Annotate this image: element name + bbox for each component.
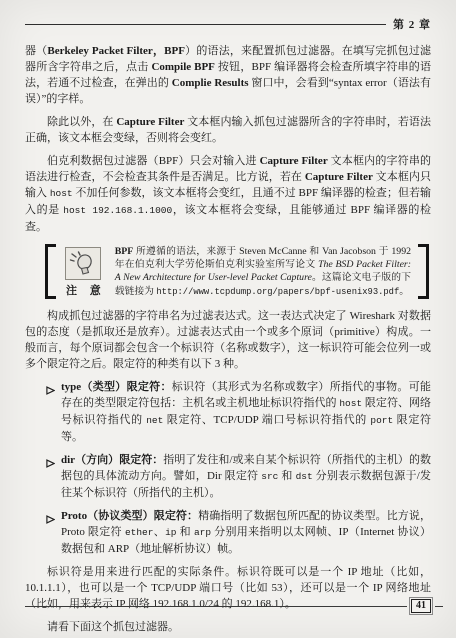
note-box: 注 意 BPF 所遵循的语法，来源于 Steven McCanne 和 Van … (45, 244, 429, 299)
note-text: BPF 所遵循的语法，来源于 Steven McCanne 和 Van Jaco… (115, 244, 418, 299)
page-header: 第 2 章 (25, 0, 431, 32)
bullet-item-type: type（类型）限定符：标识符（其形式为名称或数字）所指代的事物。可能存在的类型… (46, 379, 431, 445)
left-bracket (45, 244, 56, 299)
bullet-item-proto: Proto（协议类型）限定符：精确指明了数据包所匹配的协议类型。比方说，Prot… (46, 508, 431, 557)
bullet-text: dir（方向）限定符：指明了发往和/或来自某个标识符（所指代的主机）的数据包的具… (61, 452, 431, 501)
paragraph-6: 请看下面这个抓包过滤器。 (25, 619, 431, 635)
footer-rule-end (435, 606, 443, 607)
paragraph-4: 构成抓包过滤器的字符串名为过滤表达式。这一表达式决定了 Wireshark 对数… (25, 308, 431, 372)
note-label: 注 意 (61, 282, 106, 298)
bullet-text: Proto（协议类型）限定符：精确指明了数据包所匹配的协议类型。比方说，Prot… (61, 508, 431, 557)
book-page: 第 2 章 器（Berkeley Packet Filter，BPF）的语法，来… (0, 0, 456, 638)
bullet-text: type（类型）限定符：标识符（其形式为名称或数字）所指代的事物。可能存在的类型… (61, 379, 431, 445)
footer-rule (25, 606, 407, 607)
arrowhead-right-icon (46, 452, 61, 501)
bullet-item-dir: dir（方向）限定符：指明了发往和/或来自某个标识符（所指代的主机）的数据包的具… (46, 452, 431, 501)
arrowhead-right-icon (46, 379, 61, 445)
paragraph-2: 除此以外，在 Capture Filter 文本框内输入抓包过滤器所含的字符串时… (25, 114, 431, 146)
chapter-label: 第 2 章 (393, 16, 431, 32)
lightbulb-icon (65, 247, 101, 280)
right-bracket (418, 244, 429, 299)
arrowhead-right-icon (46, 508, 61, 557)
note-icon-column: 注 意 (56, 244, 115, 299)
paragraph-3: 伯克利数据包过滤器（BPF）只会对输入进 Capture Filter 文本框内… (25, 153, 431, 235)
paragraph-1: 器（Berkeley Packet Filter，BPF）的语法，来配置抓包过滤… (25, 43, 431, 107)
header-rule (25, 24, 386, 25)
page-number: 41 (411, 599, 431, 613)
page-footer: 41 (25, 599, 443, 613)
